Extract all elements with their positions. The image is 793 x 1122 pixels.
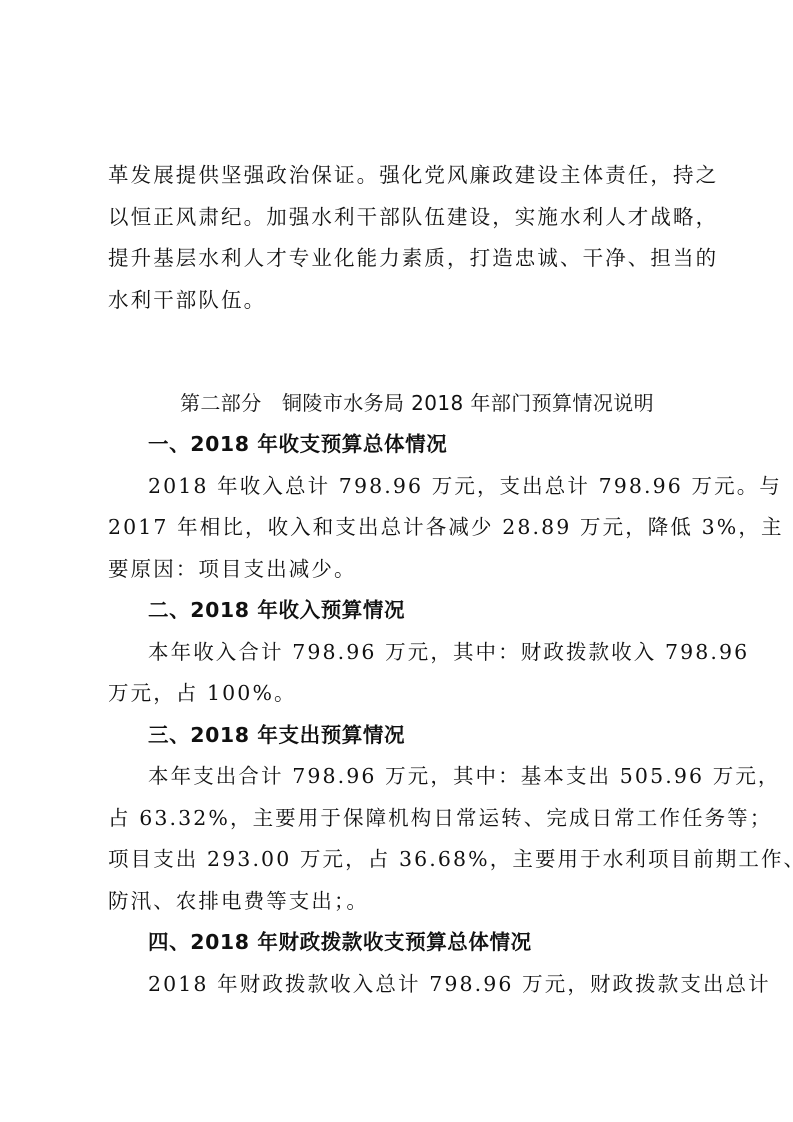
section-1-heading: 一、2018 年收支预算总体情况 [148,430,692,458]
section-3-line-2: 占 63.32%，主要用于保障机构日常运转、完成日常工作任务等； [108,804,692,832]
section-3-line-1: 本年支出合计 798.96 万元，其中：基本支出 505.96 万元， [148,762,692,790]
intro-line-4: 水利干部队伍。 [108,286,692,314]
section-1-line-2: 2017 年相比，收入和支出总计各减少 28.89 万元，降低 3%，主 [108,513,692,541]
section-4-line-1: 2018 年财政拨款收入总计 798.96 万元，财政拨款支出总计 [148,970,692,998]
section-4-heading: 四、2018 年财政拨款收支预算总体情况 [148,928,692,956]
section-1-line-1: 2018 年收入总计 798.96 万元，支出总计 798.96 万元。与 [148,472,692,500]
section-1-line-3: 要原因：项目支出减少。 [108,555,692,583]
section-3-heading: 三、2018 年支出预算情况 [148,721,692,749]
part-title: 第二部分 铜陵市水务局 2018 年部门预算情况说明 [180,389,764,417]
section-2-heading: 二、2018 年收入预算情况 [148,596,692,624]
section-2-line-2: 万元，占 100%。 [108,679,692,707]
section-3-line-4: 防汛、农排电费等支出；。 [108,887,692,915]
section-3-line-3: 项目支出 293.00 万元，占 36.68%，主要用于水利项目前期工作、 [108,845,692,873]
intro-line-3: 提升基层水利人才专业化能力素质，打造忠诚、干净、担当的 [108,244,692,272]
document-page: 革发展提供坚强政治保证。强化党风廉政建设主体责任，持之 以恒正风肃纪。加强水利干… [0,0,793,1122]
section-2-line-1: 本年收入合计 798.96 万元，其中：财政拨款收入 798.96 [148,638,692,666]
intro-line-2: 以恒正风肃纪。加强水利干部队伍建设，实施水利人才战略， [108,203,692,231]
intro-line-1: 革发展提供坚强政治保证。强化党风廉政建设主体责任，持之 [108,161,692,189]
